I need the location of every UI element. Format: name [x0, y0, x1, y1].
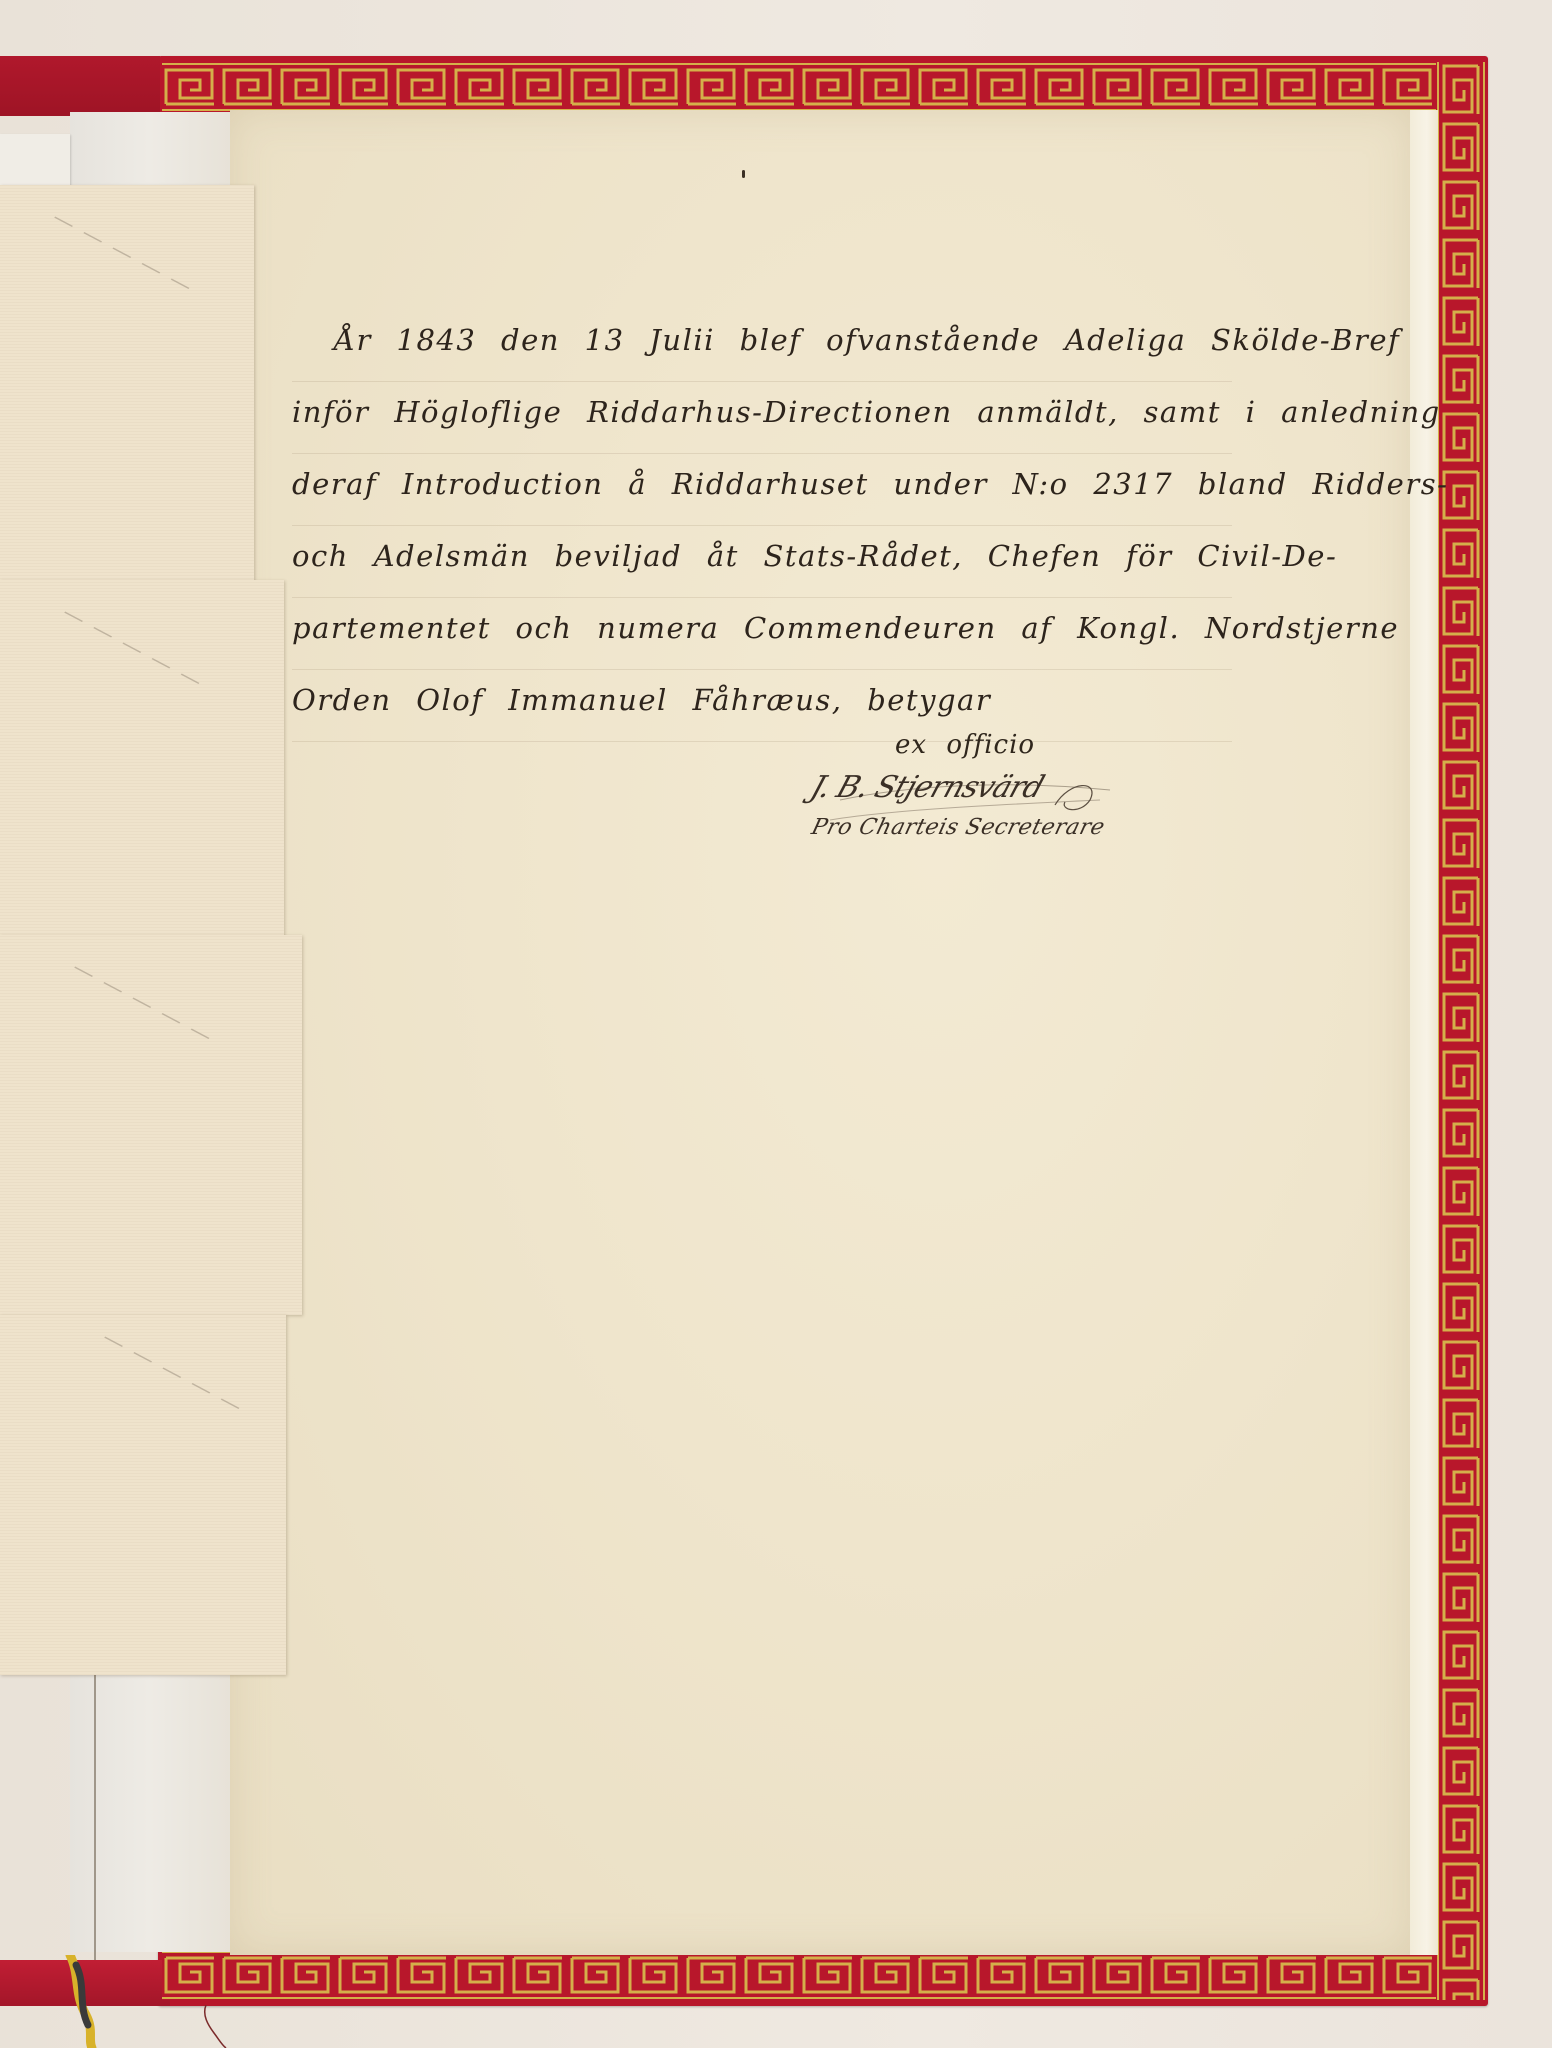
greek-key-border-right: [1436, 62, 1486, 2000]
greek-key-border-bottom: [162, 1950, 1484, 2000]
bleed-through-text: — — — — —: [58, 600, 207, 695]
text-line-2: inför Högloflige Riddarhus-Directionen a…: [292, 382, 1232, 454]
text-line-6: Orden Olof Immanuel Fåhræus, betygar: [292, 670, 1232, 742]
gutter-fold-line: [94, 1660, 96, 1960]
spine-strip-top: [0, 56, 160, 116]
bleed-through-text: — — — — —: [98, 1325, 247, 1420]
text-line-5: partementet och numera Commendeuren af K…: [292, 598, 1232, 670]
registration-note: År 1843 den 13 Julii blef ofvanstående A…: [292, 310, 1232, 742]
ex-officio-label: ex officio: [895, 730, 1035, 760]
signature-1: J. B. Stjernsvärd: [806, 770, 1047, 805]
folded-flap-2[interactable]: — — — — —: [0, 580, 284, 940]
loose-thread-icon: [200, 2005, 230, 2048]
folded-flap-1[interactable]: — — — — —: [0, 185, 254, 585]
greek-key-border-top: [162, 62, 1484, 112]
bleed-through-text: — — — — —: [68, 955, 217, 1050]
text-line-4: och Adelsmän beviljad åt Stats-Rådet, Ch…: [292, 526, 1232, 598]
text-line-1: År 1843 den 13 Julii blef ofvanstående A…: [292, 310, 1232, 382]
bleed-through-text: — — — — —: [48, 205, 197, 300]
text-line-3: deraf Introduction å Riddarhuset under N…: [292, 454, 1232, 526]
folded-flap-4[interactable]: — — — — —: [0, 1315, 286, 1675]
binding-cord-icon: [64, 1955, 100, 2048]
signature-2: Pro Charteis Secreterare: [809, 815, 1108, 840]
ink-mark: [742, 170, 745, 178]
page-edge-underlay: [1410, 110, 1438, 1955]
folded-flap-3[interactable]: — — — — —: [0, 935, 302, 1315]
